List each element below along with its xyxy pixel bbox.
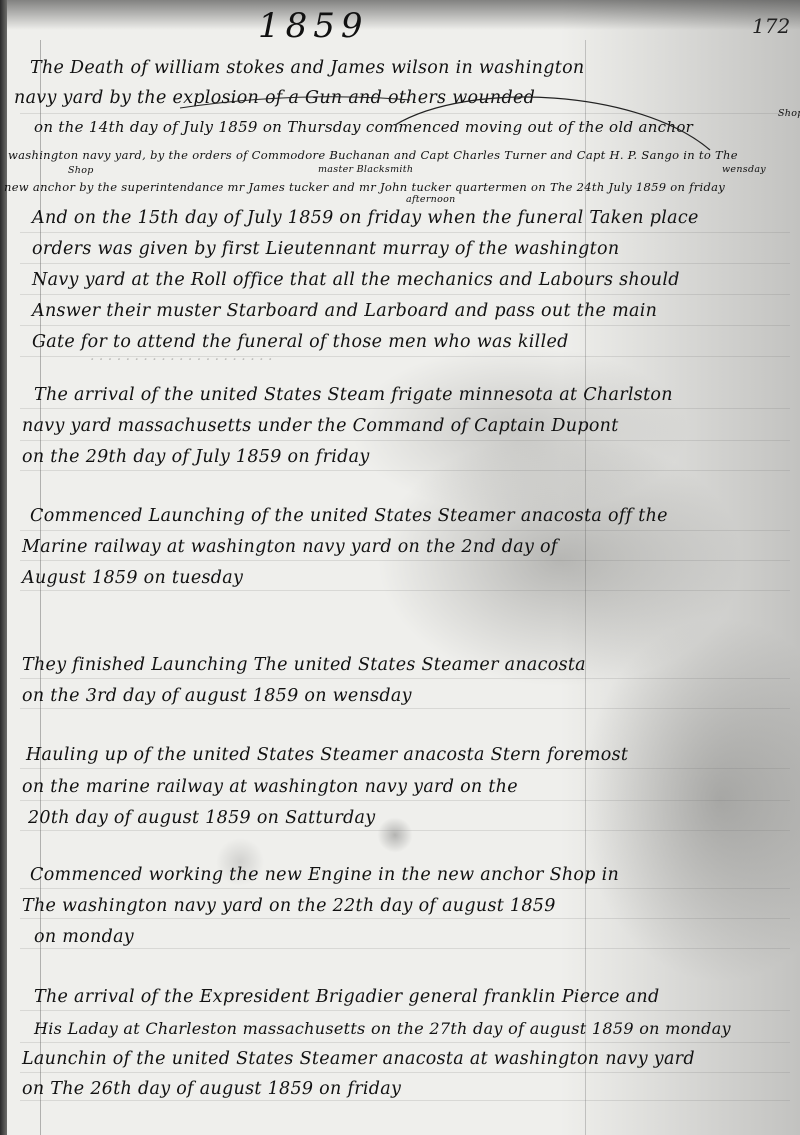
ruled-line (20, 408, 790, 409)
ruled-line (20, 263, 790, 264)
entry-line: August 1859 on tuesday (22, 568, 243, 588)
entry-line: on The 26th day of august 1859 on friday (22, 1079, 401, 1099)
entry-line: 20th day of august 1859 on Satturday (28, 808, 375, 828)
entry-line: Gate for to attend the funeral of those … (32, 332, 569, 352)
entry-line: Commenced working the new Engine in the … (30, 865, 619, 885)
ruled-line (20, 1042, 790, 1043)
entry-line: on monday (34, 927, 134, 947)
entry-line: The arrival of the united States Steam f… (34, 385, 673, 405)
ruled-line (20, 948, 790, 949)
ruled-line (20, 590, 790, 591)
entry-line: Answer their muster Starboard and Larboa… (32, 301, 657, 321)
ruled-line (20, 768, 790, 769)
entry-line: And on the 15th day of July 1859 on frid… (32, 208, 699, 228)
entry-line: The arrival of the Expresident Brigadier… (34, 987, 659, 1007)
entry-line: orders was given by first Lieutennant mu… (32, 239, 619, 259)
entry-line: Launchin of the united States Steamer an… (22, 1049, 695, 1069)
entry-line: Commenced Launching of the united States… (30, 506, 668, 526)
ruled-line (20, 470, 790, 471)
bleed-through-text: · · · · · · · · · · · · · · · · · · · · … (90, 352, 272, 368)
ruled-line (20, 325, 790, 326)
ruled-line (20, 530, 790, 531)
ruled-line (20, 1100, 790, 1101)
ruled-line (20, 560, 790, 561)
ruled-line (20, 294, 790, 295)
correction-stroke (0, 0, 800, 240)
ruled-line (20, 1072, 790, 1073)
manuscript-page: · · · · · · · · · · · · · · · · · · · · … (0, 0, 800, 1135)
ruled-line (20, 678, 790, 679)
entry-line: on the 3rd day of august 1859 on wensday (22, 686, 412, 706)
entry-line: Hauling up of the united States Steamer … (26, 745, 628, 765)
ruled-line (20, 888, 790, 889)
entry-line: The washington navy yard on the 22th day… (22, 896, 556, 916)
ruled-line (20, 440, 790, 441)
entry-line: on the marine railway at washington navy… (22, 777, 518, 797)
ruled-line (20, 918, 790, 919)
entry-line: His Laday at Charleston massachusetts on… (34, 1019, 731, 1038)
entry-line: Marine railway at washington navy yard o… (22, 537, 558, 557)
entry-line: They finished Launching The united State… (22, 655, 586, 675)
ruled-line (20, 1010, 790, 1011)
entry-line: on the 29th day of July 1859 on friday (22, 447, 370, 467)
ruled-line (20, 800, 790, 801)
ruled-line (20, 830, 790, 831)
ruled-line (20, 708, 790, 709)
entry-line: navy yard massachusetts under the Comman… (22, 416, 619, 436)
entry-line: Navy yard at the Roll office that all th… (32, 270, 680, 290)
